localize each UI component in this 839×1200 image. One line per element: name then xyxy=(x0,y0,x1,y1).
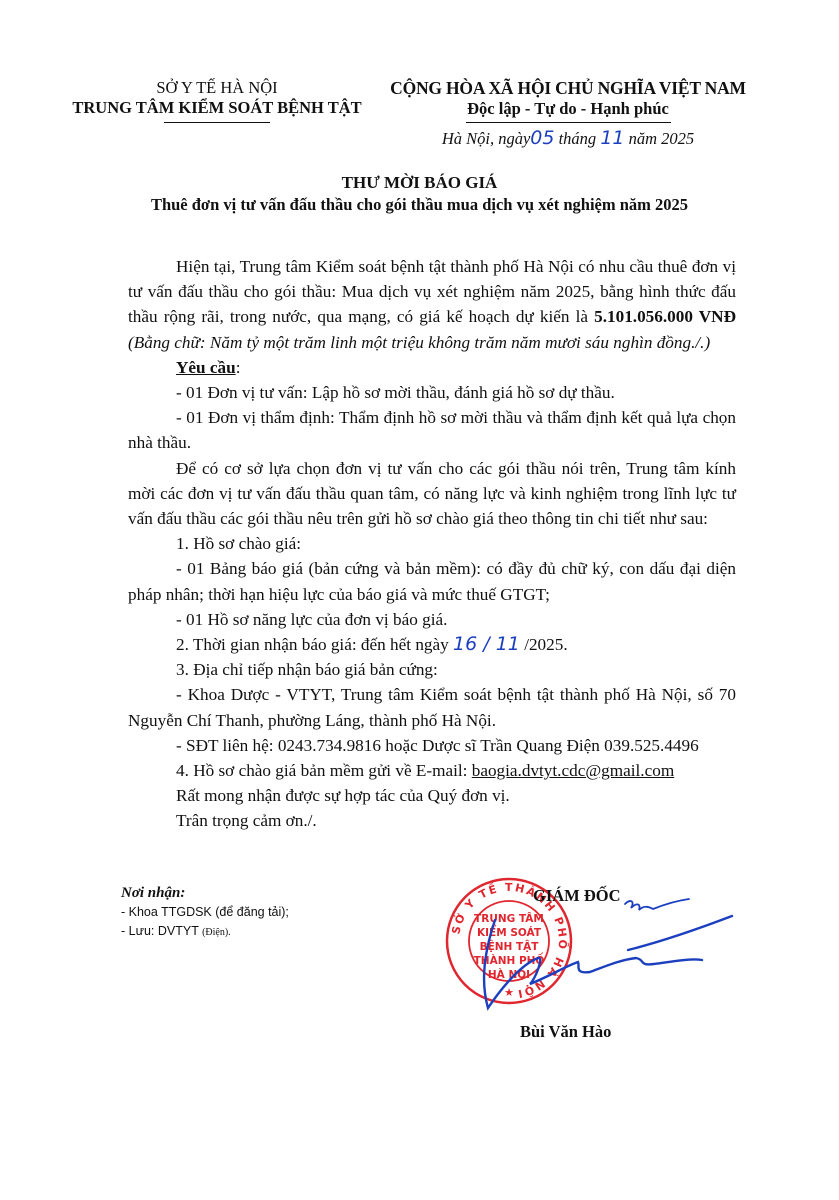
requirements-colon: : xyxy=(236,358,241,377)
header-left-rule xyxy=(164,122,270,123)
recipient-item: - Lưu: DVTYT (Điện). xyxy=(121,922,289,942)
deadline-separator: / xyxy=(477,633,495,655)
issue-date: Hà Nội, ngày05 tháng 11 năm 2025 xyxy=(383,125,753,152)
planned-amount: 5.101.056.000 VNĐ xyxy=(594,307,736,326)
document-title: THƯ MỜI BÁO GIÁ xyxy=(0,172,839,194)
closing-line-2: Trân trọng cảm ơn./. xyxy=(128,808,736,833)
item1-line: - 01 Hồ sơ năng lực của đơn vị báo giá. xyxy=(128,607,736,632)
issuing-unit: TRUNG TÂM KIỂM SOÁT BỆNH TẬT xyxy=(52,98,382,118)
item1-heading: 1. Hồ sơ chào giá: xyxy=(128,531,736,556)
requirements-heading-line: Yêu cầu: xyxy=(128,355,736,380)
deadline-prefix: 2. Thời gian nhận báo giá: đến hết ngày xyxy=(176,635,453,654)
requirements-heading: Yêu cầu xyxy=(176,358,236,377)
deadline-year: /2025. xyxy=(520,635,568,654)
document-title-block: THƯ MỜI BÁO GIÁ Thuê đơn vị tư vấn đấu t… xyxy=(0,172,839,216)
header-right-rule xyxy=(466,122,671,123)
amount-in-words: (Bằng chữ: Năm tỷ một trăm linh một triệ… xyxy=(128,333,710,352)
invitation-paragraph: Để có cơ sở lựa chọn đơn vị tư vấn cho c… xyxy=(128,456,736,532)
date-month-handwritten: 11 xyxy=(600,127,624,149)
recipient-item: - Khoa TTGDSK (để đăng tải); xyxy=(121,903,289,922)
handwritten-signature-icon xyxy=(440,880,740,1020)
requirement-item: - 01 Đơn vị thẩm định: Thẩm định hồ sơ m… xyxy=(128,405,736,455)
email-prefix: 4. Hồ sơ chào giá bản mềm gửi về E-mail: xyxy=(176,761,472,780)
national-header-block: CỘNG HÒA XÃ HỘI CHỦ NGHĨA VIỆT NAM Độc l… xyxy=(383,78,753,152)
date-day-handwritten: 05 xyxy=(530,127,554,149)
item3-address: - Khoa Dược - VTYT, Trung tâm Kiểm soát … xyxy=(128,682,736,732)
document-subtitle: Thuê đơn vị tư vấn đấu thầu cho gói thầu… xyxy=(0,194,839,216)
requirement-item: - 01 Đơn vị tư vấn: Lập hồ sơ mời thầu, … xyxy=(128,380,736,405)
recipients-block: Nơi nhận: - Khoa TTGDSK (để đăng tải); -… xyxy=(121,884,289,942)
intro-paragraph: Hiện tại, Trung tâm Kiểm soát bệnh tật t… xyxy=(128,254,736,355)
parent-agency: SỞ Y TẾ HÀ NỘI xyxy=(52,78,382,98)
date-prefix: Hà Nội, ngày xyxy=(442,129,530,148)
item3-heading: 3. Địa chỉ tiếp nhận báo giá bản cứng: xyxy=(128,657,736,682)
item1-line: - 01 Bảng báo giá (bản cứng và bản mềm):… xyxy=(128,556,736,606)
date-month-label: tháng xyxy=(559,129,597,148)
national-motto: Độc lập - Tự do - Hạnh phúc xyxy=(383,98,753,120)
issuing-agency-block: SỞ Y TẾ HÀ NỘI TRUNG TÂM KIỂM SOÁT BỆNH … xyxy=(52,78,382,123)
email-link[interactable]: baogia.dvtyt.cdc@gmail.com xyxy=(472,761,674,780)
deadline-day-handwritten: 16 xyxy=(453,633,477,655)
closing-line-1: Rất mong nhận được sự hợp tác của Quý đơ… xyxy=(128,783,736,808)
item3-phone: - SĐT liên hệ: 0243.734.9816 hoặc Dược s… xyxy=(128,733,736,758)
signer-name: Bùi Văn Hào xyxy=(520,1022,611,1042)
date-year: năm 2025 xyxy=(629,129,695,148)
recipient-text: - Lưu: DVTYT xyxy=(121,924,202,938)
recipients-heading: Nơi nhận: xyxy=(121,884,289,903)
item4-email-line: 4. Hồ sơ chào giá bản mềm gửi về E-mail:… xyxy=(128,758,736,783)
deadline-month-handwritten: 11 xyxy=(496,633,520,655)
recipient-text: - Khoa TTGDSK (để đăng tải); xyxy=(121,905,289,919)
country-name: CỘNG HÒA XÃ HỘI CHỦ NGHĨA VIỆT NAM xyxy=(383,78,753,98)
recipient-note: (Điện). xyxy=(202,927,231,938)
document-page: SỞ Y TẾ HÀ NỘI TRUNG TÂM KIỂM SOÁT BỆNH … xyxy=(0,0,839,1200)
letter-body: Hiện tại, Trung tâm Kiểm soát bệnh tật t… xyxy=(128,254,736,834)
item2-deadline: 2. Thời gian nhận báo giá: đến hết ngày … xyxy=(128,632,736,657)
